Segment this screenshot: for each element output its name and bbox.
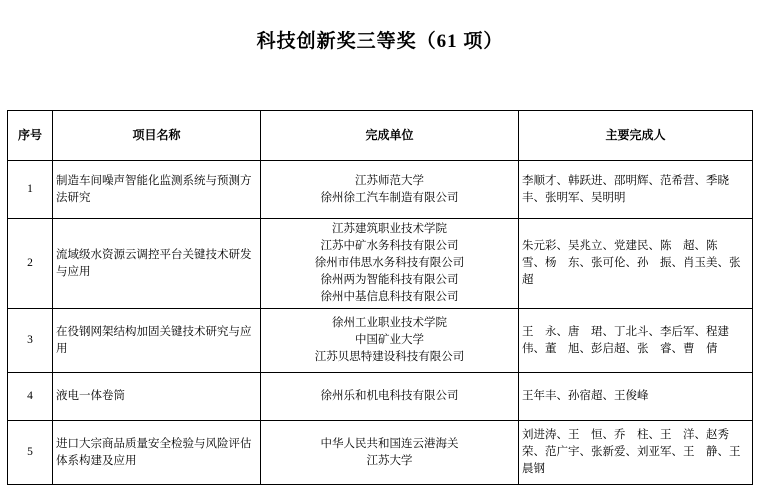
main-contributors: 朱元彩、吴兆立、党建民、陈 超、陈 雪、杨 东、张可伦、孙 振、肖玉美、张 超 bbox=[519, 219, 753, 309]
main-contributors: 王年丰、孙宿超、王俊峰 bbox=[519, 373, 753, 421]
row-index: 5 bbox=[8, 421, 53, 485]
table-header-row: 序号 项目名称 完成单位 主要完成人 bbox=[8, 111, 753, 161]
main-contributors: 李顺才、韩跃进、邵明辉、范希营、季晓丰、张明军、吴明明 bbox=[519, 161, 753, 219]
header-cell-main-contributors: 主要完成人 bbox=[519, 111, 753, 161]
completing-units: 徐州乐和机电科技有限公司 bbox=[261, 373, 519, 421]
project-name: 在役钢网架结构加固关键技术研究与应用 bbox=[53, 309, 261, 373]
main-contributors: 王 永、唐 珺、丁北斗、李后军、程建伟、董 旭、彭启超、张 睿、曹 倩 bbox=[519, 309, 753, 373]
row-index: 1 bbox=[8, 161, 53, 219]
header-cell-index: 序号 bbox=[8, 111, 53, 161]
completing-units: 江苏建筑职业技术学院 江苏中矿水务科技有限公司 徐州市伟思水务科技有限公司 徐州… bbox=[261, 219, 519, 309]
row-index: 3 bbox=[8, 309, 53, 373]
table-row: 1 制造车间噪声智能化监测系统与预测方法研究 江苏师范大学 徐州徐工汽车制造有限… bbox=[8, 161, 753, 219]
table-row: 3 在役钢网架结构加固关键技术研究与应用 徐州工业职业技术学院 中国矿业大学 江… bbox=[8, 309, 753, 373]
completing-units: 徐州工业职业技术学院 中国矿业大学 江苏贝思特建设科技有限公司 bbox=[261, 309, 519, 373]
project-name: 进口大宗商品质量安全检验与风险评估体系构建及应用 bbox=[53, 421, 261, 485]
table-row: 4 液电一体卷筒 徐州乐和机电科技有限公司 王年丰、孙宿超、王俊峰 bbox=[8, 373, 753, 421]
table-row: 5 进口大宗商品质量安全检验与风险评估体系构建及应用 中华人民共和国连云港海关 … bbox=[8, 421, 753, 485]
table-row: 2 流域级水资源云调控平台关键技术研发与应用 江苏建筑职业技术学院 江苏中矿水务… bbox=[8, 219, 753, 309]
project-name: 制造车间噪声智能化监测系统与预测方法研究 bbox=[53, 161, 261, 219]
main-contributors: 刘进涛、王 恒、乔 柱、王 洋、赵秀荣、范广宇、张新爱、刘亚军、王 静、王晨钢 bbox=[519, 421, 753, 485]
row-index: 2 bbox=[8, 219, 53, 309]
project-name: 液电一体卷筒 bbox=[53, 373, 261, 421]
header-cell-project-name: 项目名称 bbox=[53, 111, 261, 161]
project-name: 流域级水资源云调控平台关键技术研发与应用 bbox=[53, 219, 261, 309]
completing-units: 中华人民共和国连云港海关 江苏大学 bbox=[261, 421, 519, 485]
document-page: 科技创新奖三等奖（61 项） 序号 项目名称 完成单位 主要完成人 1 制造车间… bbox=[0, 0, 760, 488]
award-table: 序号 项目名称 完成单位 主要完成人 1 制造车间噪声智能化监测系统与预测方法研… bbox=[7, 110, 753, 485]
header-cell-completing-unit: 完成单位 bbox=[261, 111, 519, 161]
completing-units: 江苏师范大学 徐州徐工汽车制造有限公司 bbox=[261, 161, 519, 219]
page-title: 科技创新奖三等奖（61 项） bbox=[0, 26, 760, 53]
row-index: 4 bbox=[8, 373, 53, 421]
